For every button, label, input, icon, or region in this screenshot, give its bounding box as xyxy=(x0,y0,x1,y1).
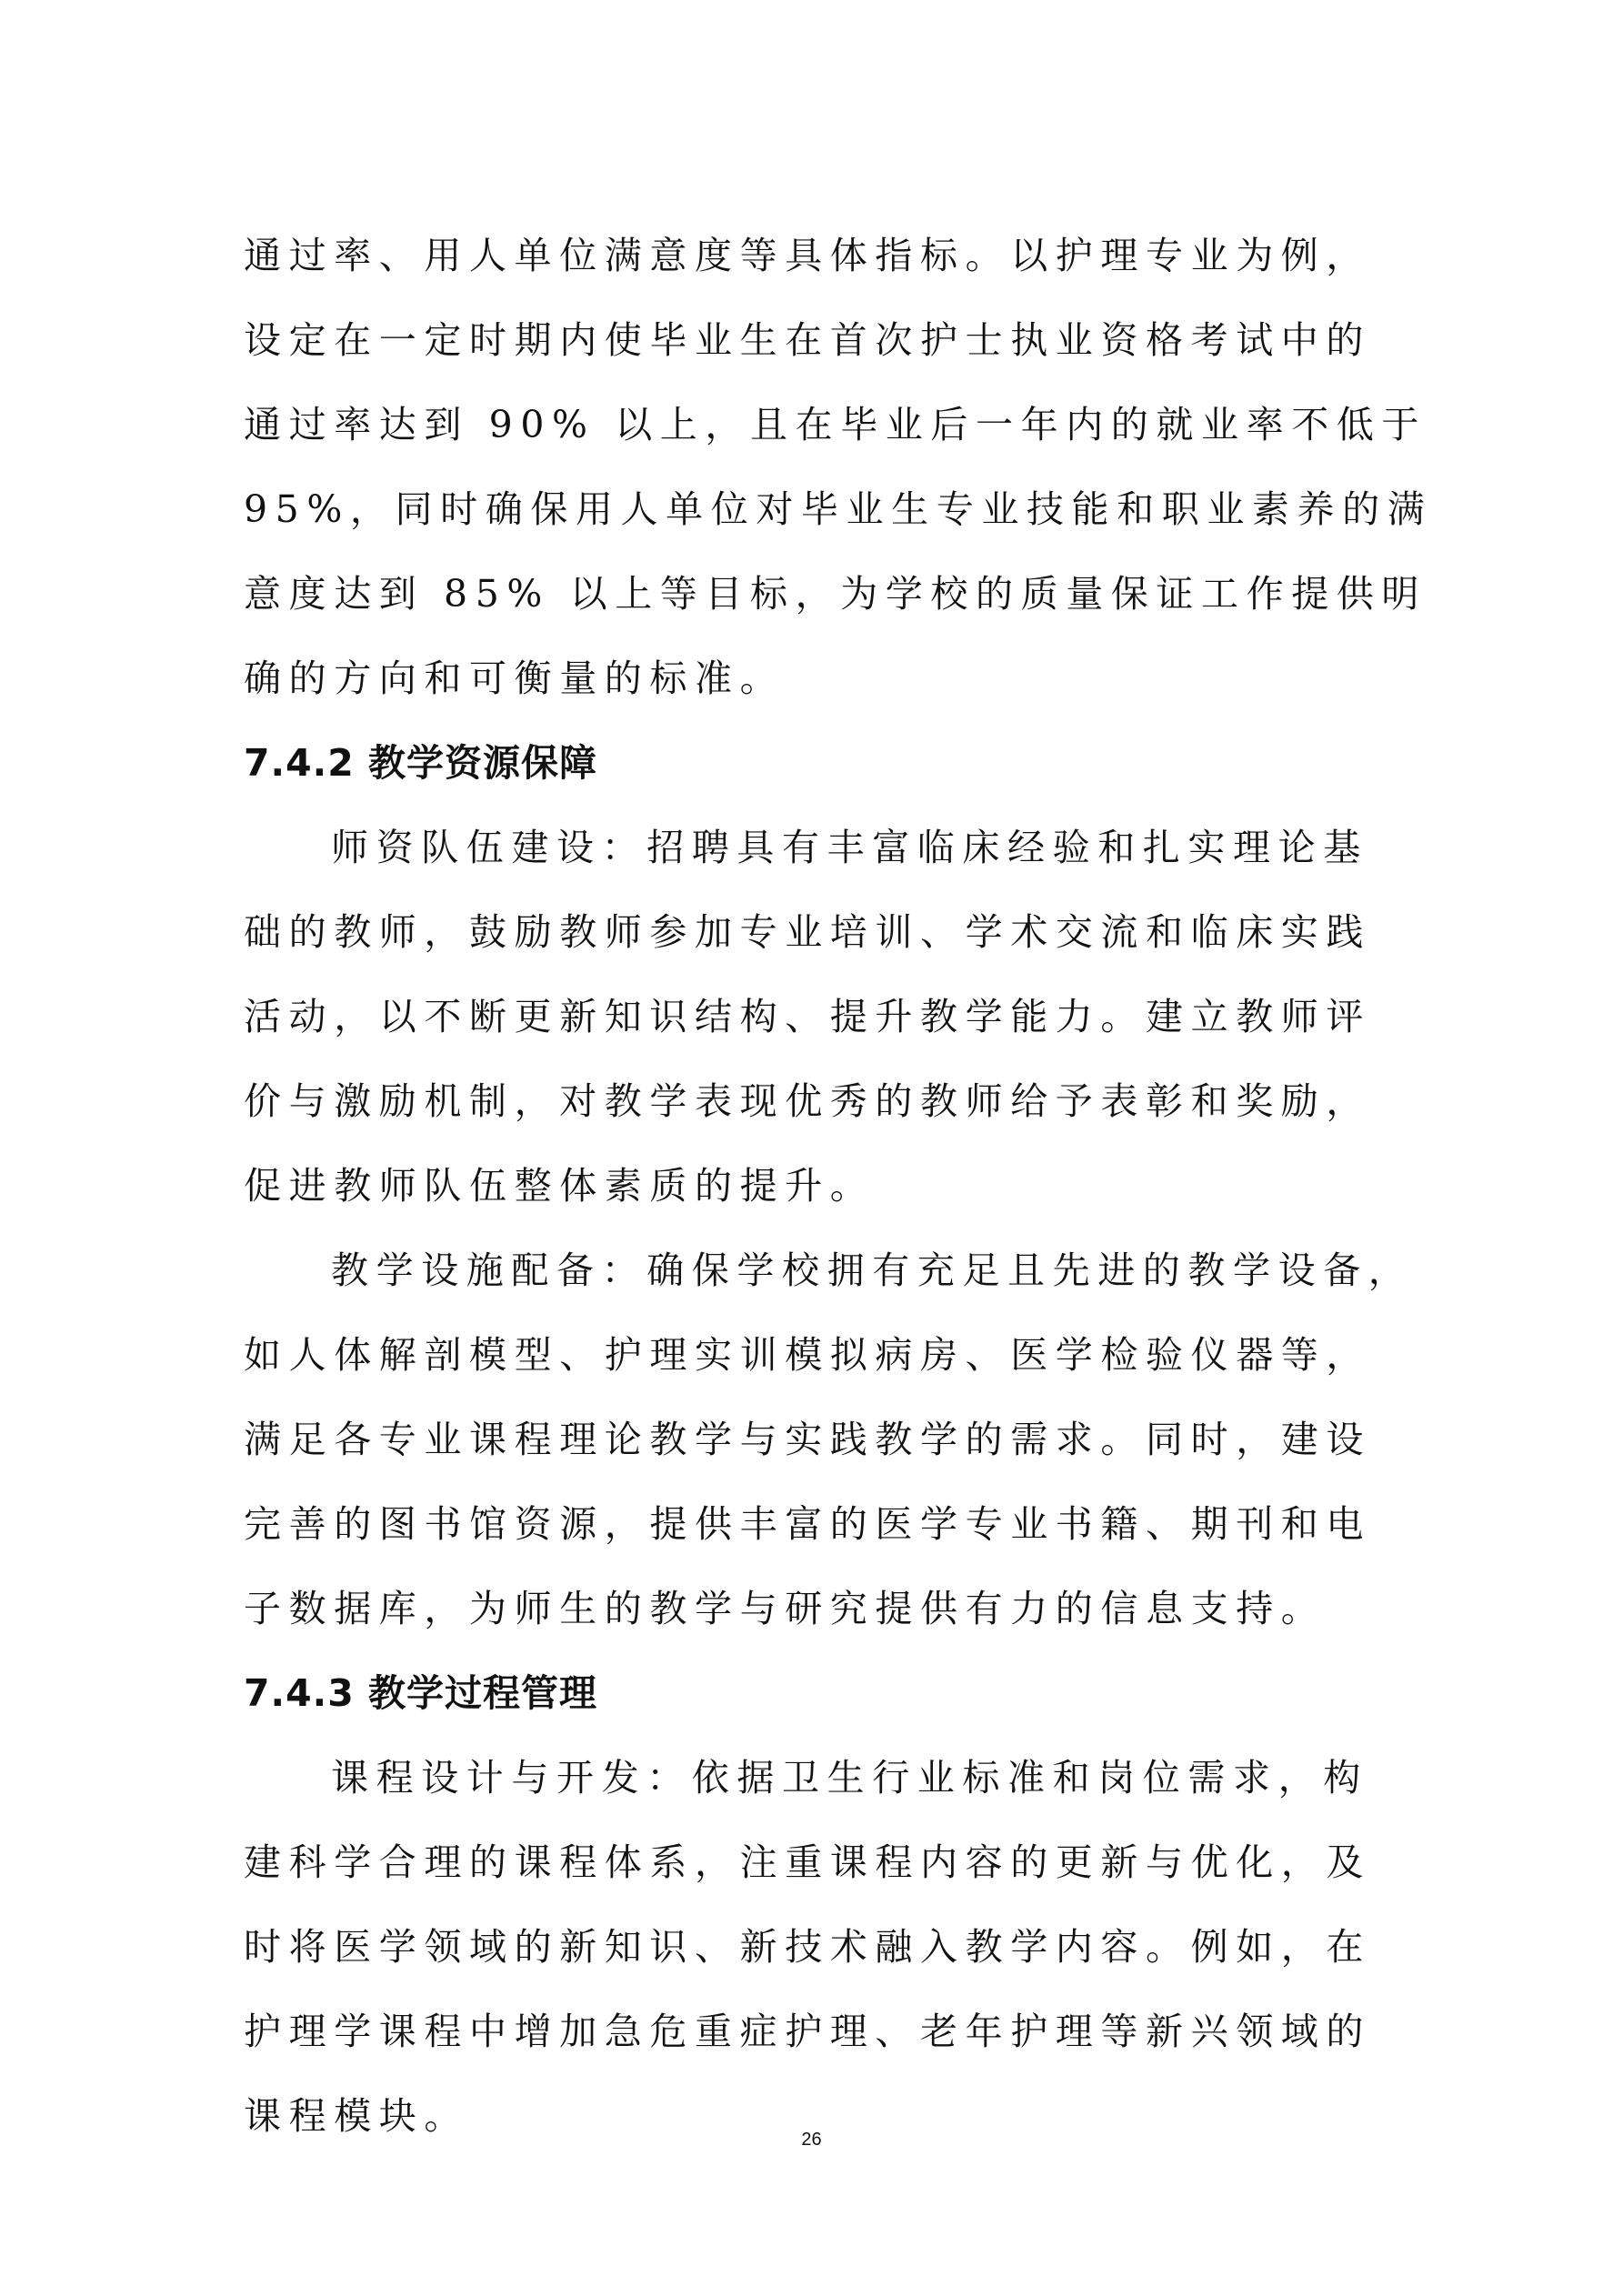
paragraph-targets: 通过率、用人单位满意度等具体指标。以护理专业为例， 设定在一定时期内使毕业生在首… xyxy=(244,214,1398,721)
text-line: 师资队伍建设：招聘具有丰富临床经验和扎实理论基 xyxy=(244,806,1398,890)
paragraph-teaching-facilities: 教学设施配备：确保学校拥有充足且先进的教学设备， 如人体解剖模型、护理实训模拟病… xyxy=(244,1228,1398,1651)
text-line: 子数据库，为师生的教学与研究提供有力的信息支持。 xyxy=(244,1567,1398,1651)
text-line: 活动，以不断更新知识结构、提升教学能力。建立教师评 xyxy=(244,975,1398,1059)
text-line: 完善的图书馆资源，提供丰富的医学专业书籍、期刊和电 xyxy=(244,1482,1398,1567)
section-heading-7-4-2: 7.4.2 教学资源保障 xyxy=(244,721,1398,806)
section-heading-7-4-3: 7.4.3 教学过程管理 xyxy=(244,1651,1398,1736)
text-line: 建科学合理的课程体系，注重课程内容的更新与优化，及 xyxy=(244,1820,1398,1905)
text-line: 设定在一定时期内使毕业生在首次护士执业资格考试中的 xyxy=(244,298,1398,383)
text-line: 确的方向和可衡量的标准。 xyxy=(244,637,1398,721)
text-line: 教学设施配备：确保学校拥有充足且先进的教学设备， xyxy=(244,1228,1398,1313)
document-page: 通过率、用人单位满意度等具体指标。以护理专业为例， 设定在一定时期内使毕业生在首… xyxy=(244,214,1398,2159)
text-line: 护理学课程中增加急危重症护理、老年护理等新兴领域的 xyxy=(244,1990,1398,2074)
text-line: 础的教师，鼓励教师参加专业培训、学术交流和临床实践 xyxy=(244,890,1398,975)
text-line: 通过率达到 90% 以上，且在毕业后一年内的就业率不低于 xyxy=(244,383,1398,467)
text-line: 通过率、用人单位满意度等具体指标。以护理专业为例， xyxy=(244,214,1398,298)
paragraph-faculty-building: 师资队伍建设：招聘具有丰富临床经验和扎实理论基 础的教师，鼓励教师参加专业培训、… xyxy=(244,806,1398,1228)
text-line: 满足各专业课程理论教学与实践教学的需求。同时，建设 xyxy=(244,1398,1398,1482)
text-line: 时将医学领域的新知识、新技术融入教学内容。例如，在 xyxy=(244,1905,1398,1990)
text-line: 促进教师队伍整体素质的提升。 xyxy=(244,1144,1398,1228)
text-line: 价与激励机制，对教学表现优秀的教师给予表彰和奖励， xyxy=(244,1059,1398,1144)
text-line: 课程设计与开发：依据卫生行业标准和岗位需求，构 xyxy=(244,1736,1398,1820)
page-number: 26 xyxy=(0,2130,1623,2151)
paragraph-curriculum-design: 课程设计与开发：依据卫生行业标准和岗位需求，构 建科学合理的课程体系，注重课程内… xyxy=(244,1736,1398,2159)
text-line: 如人体解剖模型、护理实训模拟病房、医学检验仪器等， xyxy=(244,1313,1398,1398)
text-line: 95%，同时确保用人单位对毕业生专业技能和职业素养的满 xyxy=(244,467,1398,552)
text-line: 意度达到 85% 以上等目标，为学校的质量保证工作提供明 xyxy=(244,552,1398,637)
